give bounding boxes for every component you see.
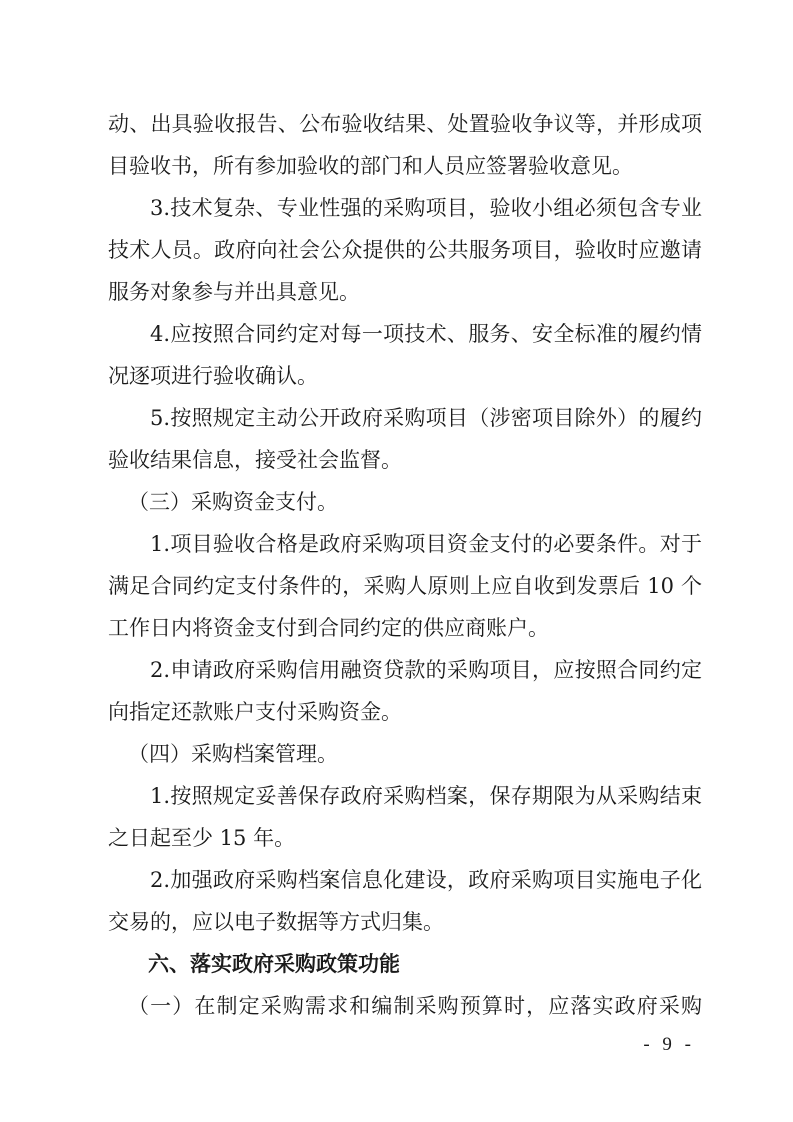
subsection-heading-1: （一）在制定采购需求和编制采购预算时，应落实政府采购 (128, 991, 702, 1021)
subsection-heading-4: （四）采购档案管理。 (128, 739, 702, 769)
paragraph-line: 技术人员。政府向社会公众提供的公共服务项目，验收时应邀请 (108, 235, 702, 265)
list-item-3: 3.技术复杂、专业性强的采购项目，验收小组必须包含专业 (150, 193, 702, 223)
paragraph-line: 交易的，应以电子数据等方式归集。 (108, 907, 702, 937)
list-item-2: 2.加强政府采购档案信息化建设，政府采购项目实施电子化 (150, 865, 702, 895)
list-item-1: 1.按照规定妥善保存政府采购档案，保存期限为从采购结束 (150, 781, 702, 811)
document-page: 动、出具验收报告、公布验收结果、处置验收争议等，并形成项 目验收书，所有参加验收… (0, 0, 793, 1122)
list-item-4: 4.应按照合同约定对每一项技术、服务、安全标准的履约情 (150, 319, 702, 349)
list-item-2: 2.申请政府采购信用融资贷款的采购项目，应按照合同约定 (150, 655, 702, 685)
paragraph-line: 满足合同约定支付条件的，采购人原则上应自收到发票后 10 个 (108, 571, 702, 601)
section-heading-6: 六、落实政府采购政策功能 (148, 949, 702, 979)
paragraph-line: 验收结果信息，接受社会监督。 (108, 445, 702, 475)
paragraph-line: 目验收书，所有参加验收的部门和人员应签署验收意见。 (108, 151, 702, 181)
paragraph-line: 向指定还款账户支付采购资金。 (108, 697, 702, 727)
list-item-1: 1.项目验收合格是政府采购项目资金支付的必要条件。对于 (150, 529, 702, 559)
paragraph-line: 工作日内将资金支付到合同约定的供应商账户。 (108, 613, 702, 643)
list-item-5: 5.按照规定主动公开政府采购项目（涉密项目除外）的履约 (150, 403, 702, 433)
page-number: - 9 - (643, 1033, 695, 1057)
paragraph-line: 服务对象参与并出具意见。 (108, 277, 702, 307)
paragraph-line: 动、出具验收报告、公布验收结果、处置验收争议等，并形成项 (108, 109, 702, 139)
paragraph-line: 之日起至少 15 年。 (108, 823, 702, 853)
paragraph-line: 况逐项进行验收确认。 (108, 361, 702, 391)
subsection-heading-3: （三）采购资金支付。 (128, 487, 702, 517)
